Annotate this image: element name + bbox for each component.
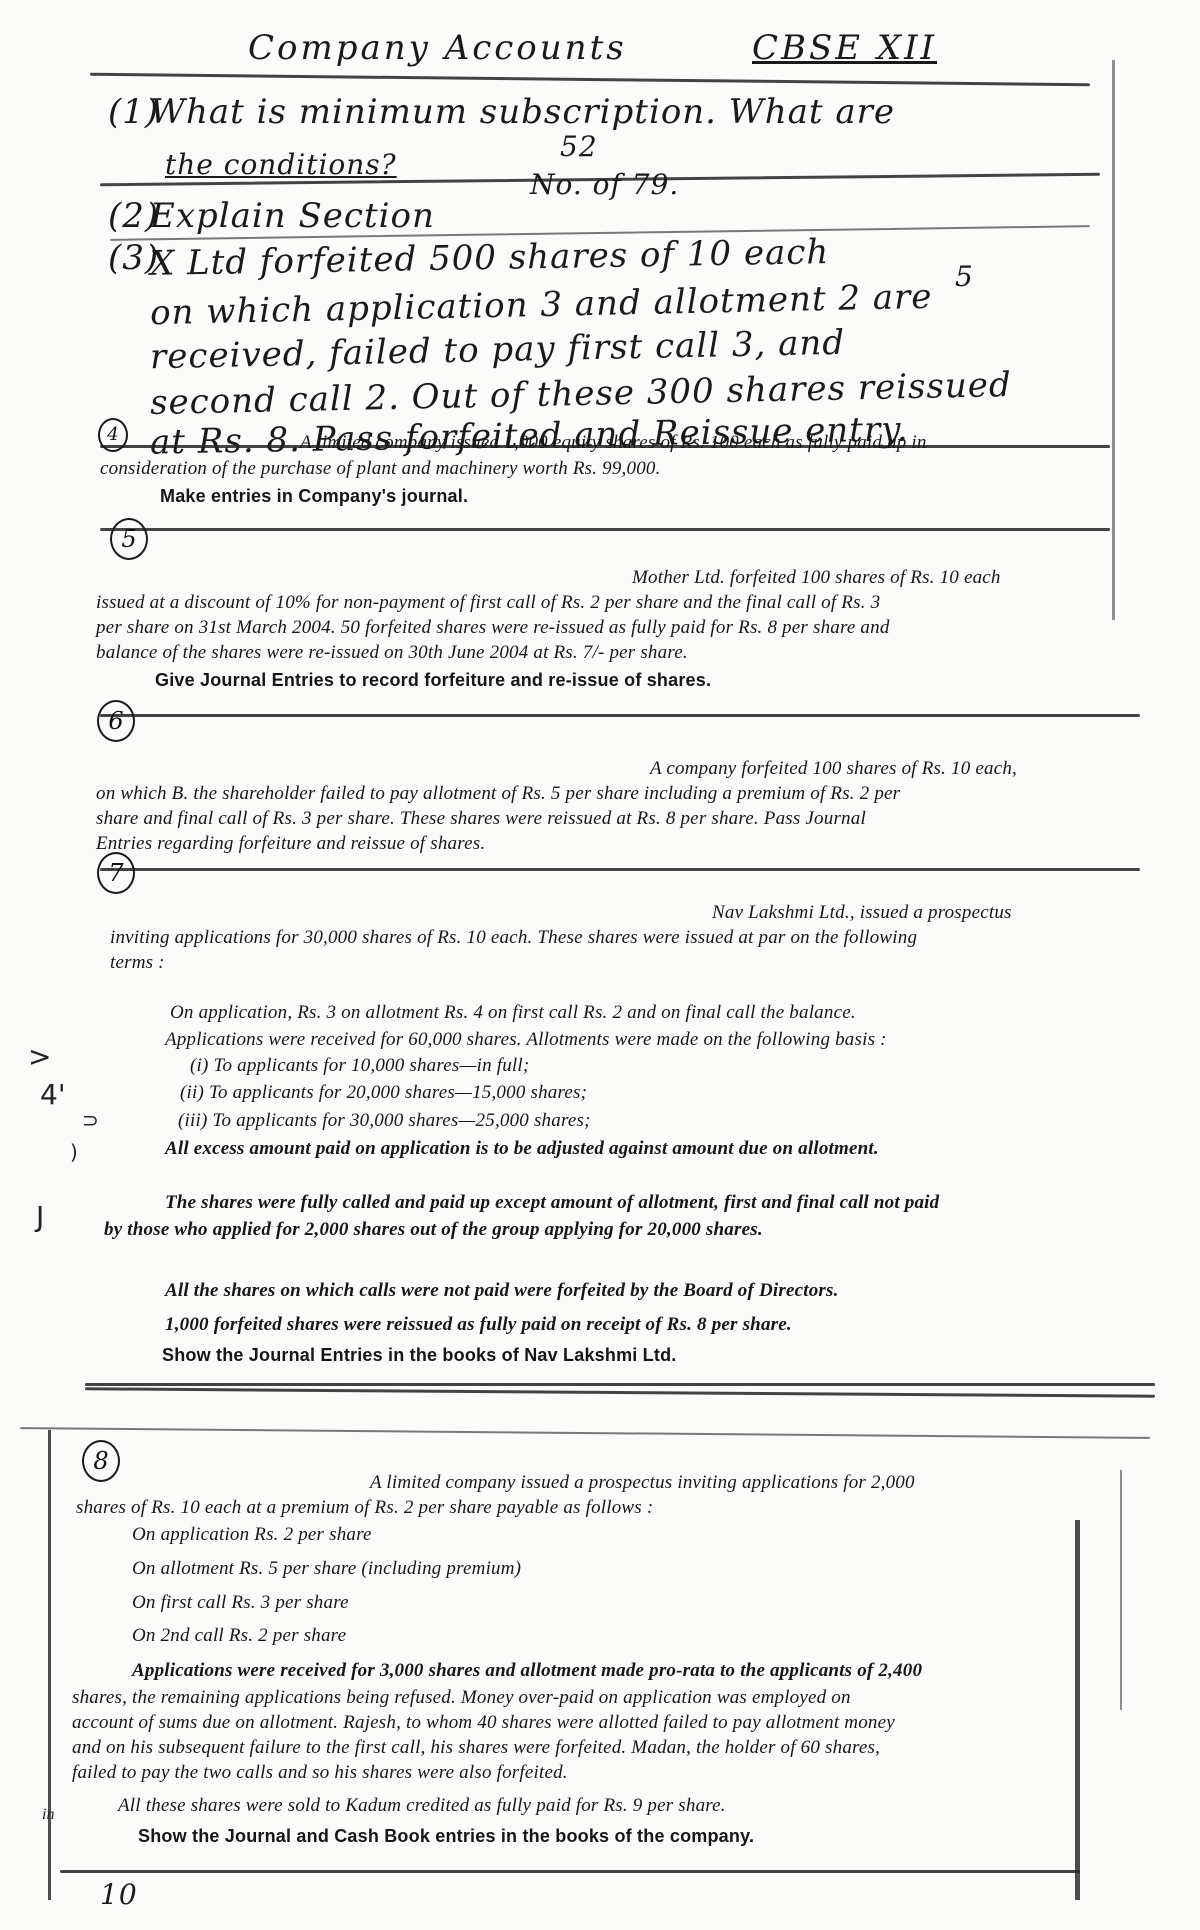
q8-line-9: account of sums due on allotment. Rajesh… [72, 1712, 895, 1734]
q5-number-circle: 5 [110, 518, 148, 560]
margin-mark-3: ⊃ [82, 1108, 99, 1132]
q6-line-2: on which B. the shareholder failed to pa… [96, 783, 900, 805]
q7-line-2: inviting applications for 30,000 shares … [110, 927, 917, 949]
q8-line-6: On 2nd call Rs. 2 per share [132, 1625, 346, 1647]
right-margin-line [1112, 60, 1115, 620]
q7-line-14: Show the Journal Entries in the books of… [162, 1345, 676, 1366]
q8-box-left [48, 1430, 51, 1900]
margin-mark-1: > [28, 1040, 51, 1073]
q8-line-10: and on his subsequent failure to the fir… [72, 1737, 880, 1759]
q7-line-6: (i) To applicants for 10,000 shares—in f… [190, 1055, 529, 1077]
q8-line-4: On allotment Rs. 5 per share (including … [132, 1558, 521, 1580]
q5-line-2: issued at a discount of 10% for non-paym… [96, 592, 880, 614]
q10-number: 10 [100, 1878, 138, 1911]
q8-number-circle: 8 [82, 1440, 120, 1482]
q7-line-10: The shares were fully called and paid up… [165, 1192, 939, 1214]
q2-line-1: Explain Section [150, 196, 435, 236]
q3-annotation: 5 [955, 260, 974, 293]
margin-mark-4: ) [70, 1140, 78, 1164]
margin-mark-2: 4' [40, 1078, 66, 1111]
q5-line-4: balance of the shares were re-issued on … [96, 642, 688, 664]
outer-right-line [1120, 1470, 1122, 1710]
q8-box-top [20, 1427, 1150, 1439]
q7-rule-1 [85, 1383, 1155, 1386]
q4-number-circle: 4 [98, 418, 128, 452]
q5-line-5: Give Journal Entries to record forfeitur… [155, 670, 711, 691]
q7-line-3: terms : [110, 952, 165, 974]
q5-line-1: Mother Ltd. forfeited 100 shares of Rs. … [632, 567, 1001, 589]
q8-line-5: On first call Rs. 3 per share [132, 1592, 349, 1614]
q8-line-13: Show the Journal and Cash Book entries i… [138, 1826, 754, 1847]
q4-line-1: A limited company issued 1,000 equity sh… [300, 432, 927, 454]
q6-number-circle: 6 [97, 700, 135, 742]
header-rule [90, 73, 1090, 86]
q7-line-7: (ii) To applicants for 20,000 shares—15,… [180, 1082, 587, 1104]
q7-rule-2 [85, 1387, 1155, 1397]
q7-line-13: 1,000 forfeited shares were reissued as … [165, 1314, 792, 1336]
q7-line-5: Applications were received for 60,000 sh… [165, 1029, 887, 1051]
q7-number-circle: 7 [97, 852, 135, 894]
q5-line-3: per share on 31st March 2004. 50 forfeit… [96, 617, 890, 639]
document-title: Company Accounts [248, 28, 627, 68]
q8-line-3: On application Rs. 2 per share [132, 1524, 372, 1546]
q6-line-1: A company forfeited 100 shares of Rs. 10… [650, 758, 1017, 780]
q4-line-3: Make entries in Company's journal. [160, 486, 468, 507]
q7-line-4: On application, Rs. 3 on allotment Rs. 4… [170, 1002, 856, 1024]
margin-mark-5: J [36, 1200, 44, 1233]
q8-box-right [1075, 1520, 1080, 1900]
q8-line-11: failed to pay the two calls and so his s… [72, 1762, 568, 1784]
document-page: Company Accounts CBSE XII (1) What is mi… [0, 0, 1200, 1930]
margin-mark-6: in [42, 1806, 54, 1824]
q8-line-1: A limited company issued a prospectus in… [370, 1472, 915, 1494]
q2-note: No. of 79. [530, 168, 679, 201]
q7-line-1: Nav Lakshmi Ltd., issued a prospectus [712, 902, 1012, 924]
q5-rule [100, 714, 1140, 717]
q8-line-12: All these shares were sold to Kadum cred… [118, 1795, 726, 1817]
q7-line-8: (iii) To applicants for 30,000 shares—25… [178, 1110, 591, 1132]
q7-line-11: by those who applied for 2,000 shares ou… [104, 1219, 763, 1241]
q7-line-12: All the shares on which calls were not p… [165, 1280, 839, 1302]
q7-line-9: All excess amount paid on application is… [165, 1138, 879, 1160]
q6-rule [100, 868, 1140, 871]
q8-line-8: shares, the remaining applications being… [72, 1687, 851, 1709]
q1-line-1: What is minimum subscription. What are [150, 92, 895, 132]
q3-line-1: X Ltd forfeited 500 shares of 10 each [150, 232, 830, 284]
q4-line-2: consideration of the purchase of plant a… [100, 458, 661, 480]
q4-rule [100, 528, 1110, 531]
q6-line-3: share and final call of Rs. 3 per share.… [96, 808, 866, 830]
q8-box-bottom [60, 1870, 1080, 1873]
class-label: CBSE XII [752, 28, 937, 68]
q1-line-2: the conditions? [165, 148, 397, 181]
q8-line-7: Applications were received for 3,000 sha… [132, 1660, 922, 1682]
q6-line-4: Entries regarding forfeiture and reissue… [96, 833, 485, 855]
q8-line-2: shares of Rs. 10 each at a premium of Rs… [76, 1497, 653, 1519]
q2-section-number: 52 [560, 130, 598, 163]
